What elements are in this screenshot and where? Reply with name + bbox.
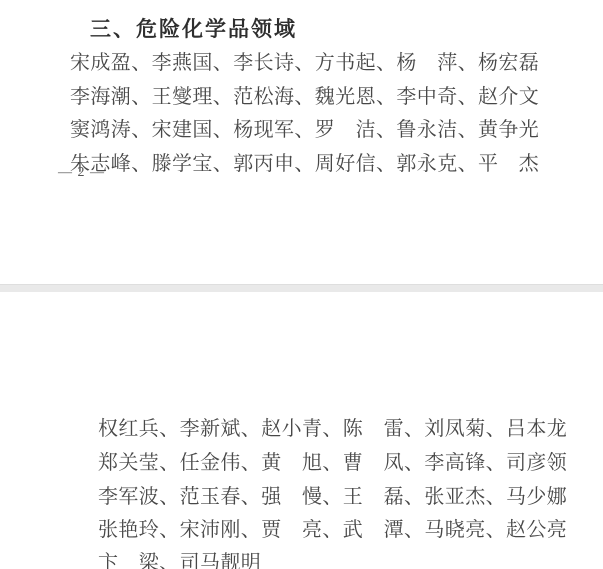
name-list-line: 张艳玲、宋沛刚、贾 亮、武 潭、马晓亮、赵公亮 [98,513,567,542]
document-viewer: 三、危险化学品领域 宋成盈、李燕国、李长诗、方书起、杨 萍、杨宏磊 李海潮、王燮… [0,0,603,569]
name-list-line: 权红兵、李新斌、赵小青、陈 雷、刘凤菊、吕本龙 [98,412,567,441]
name-list-line: 郑关莹、任金伟、黄 旭、曹 凤、李高锋、司彦领 [98,446,567,475]
section-heading: 三、危险化学品领域 [90,13,297,43]
name-list-line: 朱志峰、滕学宝、郭丙申、周好信、郭永克、平 杰 [70,147,539,176]
page-break-separator [0,284,603,292]
name-list-line: 李军波、范玉春、强 慢、王 磊、张亚杰、马少娜 [98,480,567,509]
name-list-line: 卞 梁、司马靓明 [98,546,261,569]
name-list-line: 窦鸿涛、宋建国、杨现军、罗 洁、鲁永洁、黄争光 [70,113,539,142]
document-page-2: 三、危险化学品领域 宋成盈、李燕国、李长诗、方书起、杨 萍、杨宏磊 李海潮、王燮… [0,0,603,284]
document-page-3: 权红兵、李新斌、赵小青、陈 雷、刘凤菊、吕本龙 郑关莹、任金伟、黄 旭、曹 凤、… [0,292,603,569]
name-list-line: 宋成盈、李燕国、李长诗、方书起、杨 萍、杨宏磊 [70,46,539,75]
name-list-line: 李海潮、王燮理、范松海、魏光恩、李中奇、赵介文 [70,80,539,109]
page-number: — 2 — [58,165,105,181]
